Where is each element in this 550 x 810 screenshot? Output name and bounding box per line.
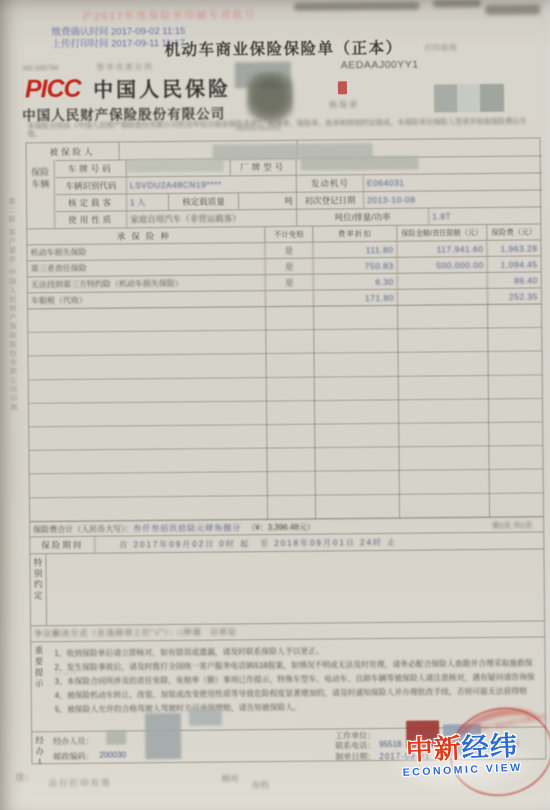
totals-amount-words: 叁仟叁佰玖拾陆元肆角捌分 <box>133 522 241 534</box>
watermark-cn-blue: 经纬 <box>461 731 518 763</box>
top-smudge <box>433 0 481 7</box>
coverage-deductible <box>265 291 313 306</box>
policy-table: 被保险人 保险车辆 车牌号码 厂牌型号 车辆识别代码 LSVDU2A48CN19… <box>25 137 546 764</box>
watermark-cn-red: 中新 <box>405 733 462 765</box>
red-print-batch-note: 沪2017年度保险单印刷专用批号 <box>82 6 256 23</box>
displacement-value: 1.8T <box>428 207 542 224</box>
model-label: 厂牌型号 <box>230 159 296 176</box>
usage-label: 使用性质 <box>56 211 126 228</box>
load-label: 核定载质量 <box>168 193 238 210</box>
coverage-deductible: 是 <box>265 259 313 274</box>
top-smudge <box>485 4 540 15</box>
micro-label: 整单优惠比例 <box>97 61 154 73</box>
col-header-premium: 保险费（元） <box>486 224 540 240</box>
title-suffix: 打印查询 <box>425 42 457 53</box>
table-divider <box>265 307 268 519</box>
footer-note-item: 自行打印有效 <box>49 777 112 790</box>
redaction-block <box>434 84 504 113</box>
col-header-deductible: 不计免赔 <box>264 227 312 242</box>
table-divider <box>313 307 316 519</box>
insured-label: 被保险人 <box>26 142 118 160</box>
vehicle-group-label: 保险车辆 <box>27 160 56 228</box>
table-divider <box>397 306 400 518</box>
micro-print-no: NO.930794 <box>23 65 59 72</box>
table-divider <box>487 305 490 517</box>
note-line: 3、本保险合同所涉及的责任免除、免赔率（额）事项已作提示，特殊车型车、电动车、自… <box>55 672 541 688</box>
empty-coverage-rows <box>28 303 543 521</box>
redaction-block <box>106 730 126 744</box>
redaction-block <box>145 713 181 759</box>
vin-value: LSVDU2A48CN19**** <box>126 176 296 194</box>
seats-label: 核定载客 <box>56 194 126 211</box>
brand-name-cn: 中国人民保险 <box>93 78 231 101</box>
totals-amount-figures: （¥：3,396.48元） <box>247 521 315 533</box>
redaction-block <box>301 156 419 171</box>
redaction-block <box>126 158 224 172</box>
round-stamp-photo <box>247 72 294 126</box>
load-value: 吨 <box>238 193 296 210</box>
side-copy-text: 第二联 客户留存 中国人民财产保险股份有限公司印制 <box>6 197 20 567</box>
policy-serial-number: AEDAAJ00YY1 <box>341 59 419 72</box>
picc-logo-text: PICC <box>25 75 81 104</box>
coverage-rate: 750.83 <box>313 258 397 274</box>
handler-zip-label: 邮政编码： <box>53 751 93 762</box>
totals-label: 保险费合计（人民币大写）： <box>33 523 133 535</box>
col-header-amount: 保险金额/责任限额（元） <box>396 225 486 241</box>
economicview-watermark: 中新经纬 ECONOMIC VIEW <box>385 730 540 797</box>
handler-staff-label: 经办人员： <box>53 736 93 747</box>
vin-label: 车辆识别代码 <box>56 177 126 194</box>
handler-date-label: 制单日期： <box>335 751 375 762</box>
totals-page-info: 第1页 共1页 <box>492 519 541 530</box>
special-agreement-section: 特别约定 <box>30 548 544 625</box>
note-line: 4、被保险机动车转让、改装、加装或改变使用性质等导致危险程度显著增加的，请及时通… <box>55 687 541 703</box>
coverage-amount <box>397 289 487 305</box>
footer-note-item: 核对 <box>222 772 239 784</box>
red-verify-mark <box>338 81 347 94</box>
seats-value: 1 人 <box>126 194 168 210</box>
page-title: 机动车商业保险保险单（正本） <box>164 36 402 60</box>
handler-phone-label: 联系电话： <box>335 740 375 751</box>
coverage-rate: 111.80 <box>312 242 396 258</box>
coverage-amount: 117,941.60 <box>396 241 486 257</box>
policy-sheet: 沪2017年度保险单印刷专用批号 缴费确认时间 2017-09-02 11:15… <box>0 0 550 810</box>
handler-label: 经办人 <box>32 732 47 764</box>
verify-label: 核保章 <box>329 99 359 110</box>
top-smudge <box>294 2 419 11</box>
usage-value: 家庭自用汽车（非营运载客） <box>126 210 296 228</box>
displacement-label: 吨位/排量/功率 <box>296 209 428 226</box>
handler-zip-value: 200030 <box>99 750 126 759</box>
footer-note-item: 存档 <box>252 779 269 791</box>
coverage-rate: 6.30 <box>313 274 397 290</box>
coverage-premium: 1,094.45 <box>487 256 541 272</box>
coverage-rate: 171.80 <box>313 290 397 306</box>
plate-label: 车牌号码 <box>56 160 126 177</box>
footer-note-label: 注： <box>15 770 33 783</box>
coverage-premium: 86.40 <box>487 272 541 288</box>
important-notes-label: 重要提示 <box>31 642 47 731</box>
engine-label: 发动机号 <box>296 175 363 192</box>
coverage-deductible: 是 <box>265 275 313 290</box>
coverage-premium: 252.35 <box>487 288 541 304</box>
regdate-label: 初次登记日期 <box>296 192 363 209</box>
coverage-amount <box>397 273 487 289</box>
special-agreement-label: 特别约定 <box>30 554 46 625</box>
special-agreement-content <box>45 549 544 625</box>
policy-photo: 沪2017年度保险单印刷专用批号 缴费确认时间 2017-09-02 11:15… <box>0 0 550 810</box>
engine-value: E064031 <box>363 173 542 191</box>
coverage-deductible: 是 <box>264 243 312 258</box>
period-label: 保险期间 <box>30 537 94 554</box>
note-line: 1、收到保险单后请立即核对，如有错误或遗漏，请及时联系保险人予以更正。 <box>54 644 540 659</box>
coverage-amount: 500,000.00 <box>397 257 487 273</box>
redaction-block <box>189 708 222 726</box>
col-header-rate: 费率折扣 <box>312 226 396 242</box>
picc-logo: PICC 中国人民保险 <box>25 72 231 104</box>
note-line: 2、发生保险事故后，请及时拨打全国统一客户服务电话95518报案，如情况不明或无… <box>54 658 540 674</box>
regdate-value: 2013-10-08 <box>363 190 542 208</box>
coverage-premium: 1,963.28 <box>486 240 540 256</box>
